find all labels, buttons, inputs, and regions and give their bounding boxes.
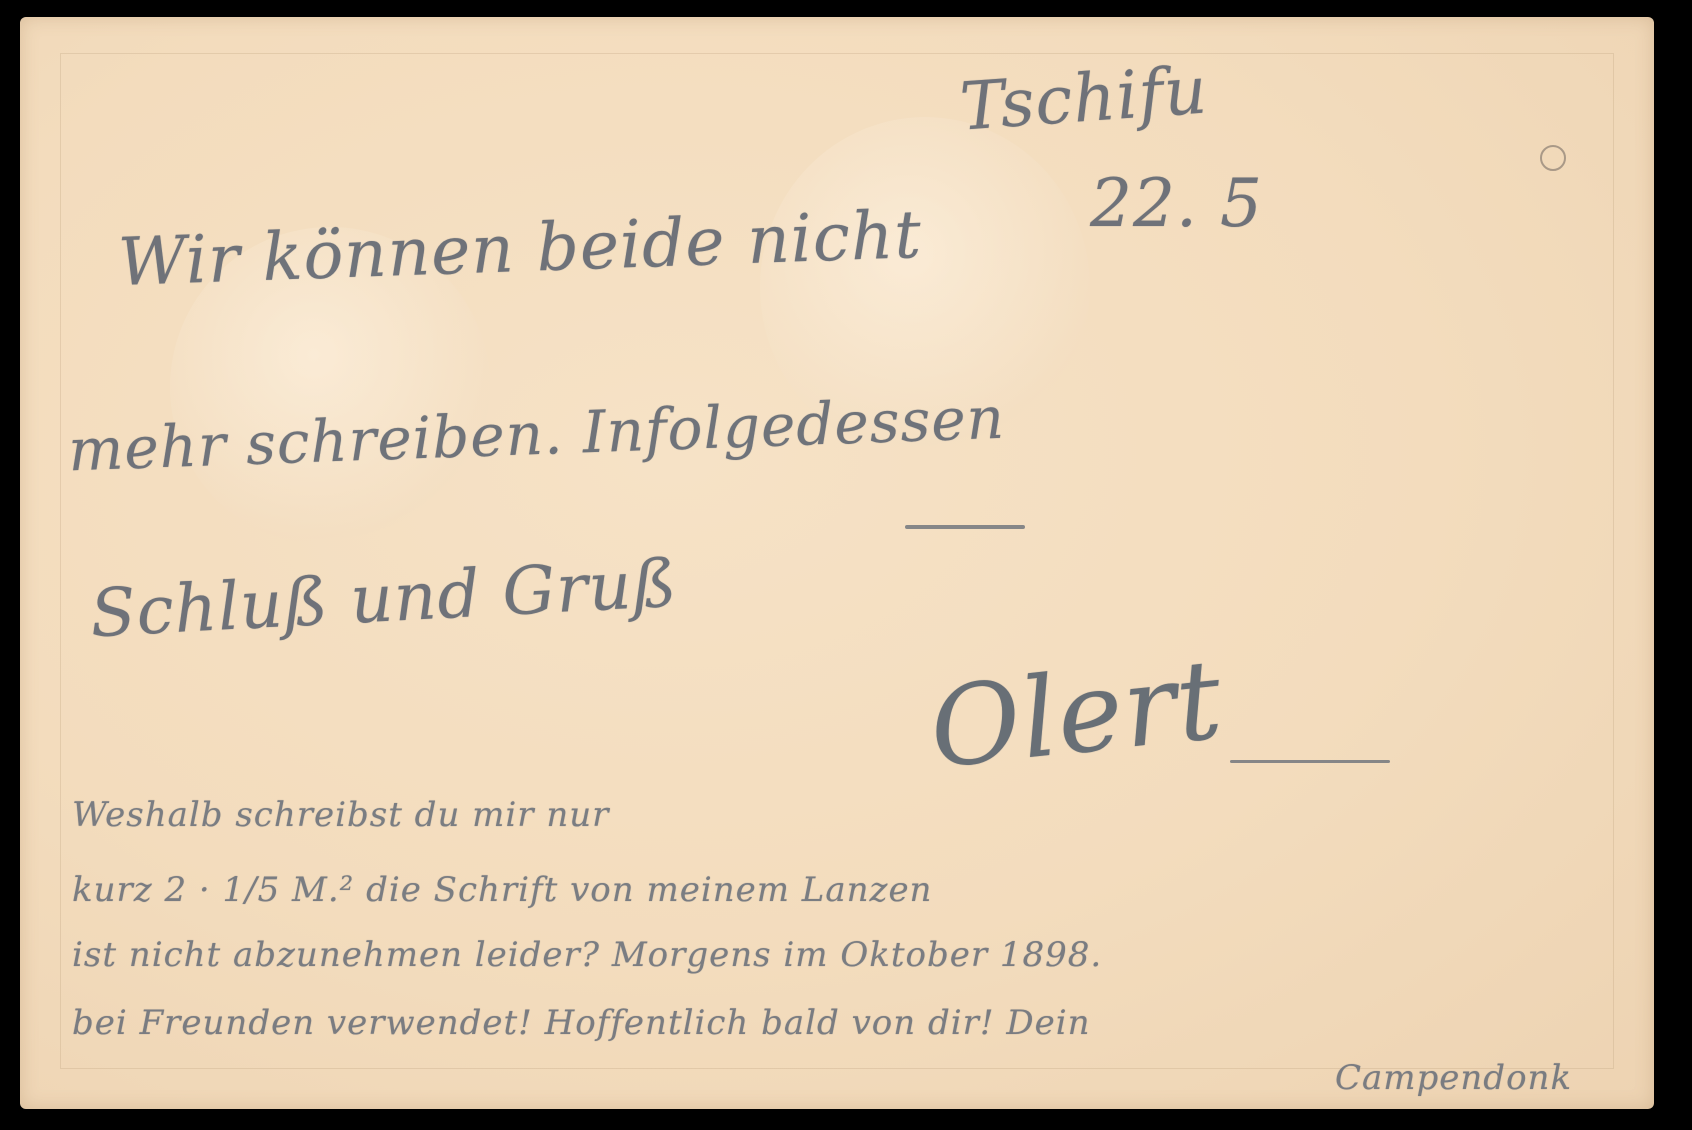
postscript-line-2: kurz 2 · 1/5 M.² die Schrift von meinem … [72, 870, 932, 910]
underline-stroke [905, 525, 1025, 529]
header-date: 22. 5 [1090, 165, 1263, 242]
postscript-line-5: Campendonk [1335, 1058, 1572, 1098]
postscript-line-1: Weshalb schreibst du mir nur [72, 795, 609, 835]
punch-hole-mark [1540, 145, 1566, 171]
signature-flourish [1230, 760, 1390, 763]
postscript-line-4: bei Freunden verwendet! Hoffentlich bald… [72, 1003, 1090, 1043]
postscript-line-3: ist nicht abzunehmen leider? Morgens im … [72, 935, 1102, 975]
